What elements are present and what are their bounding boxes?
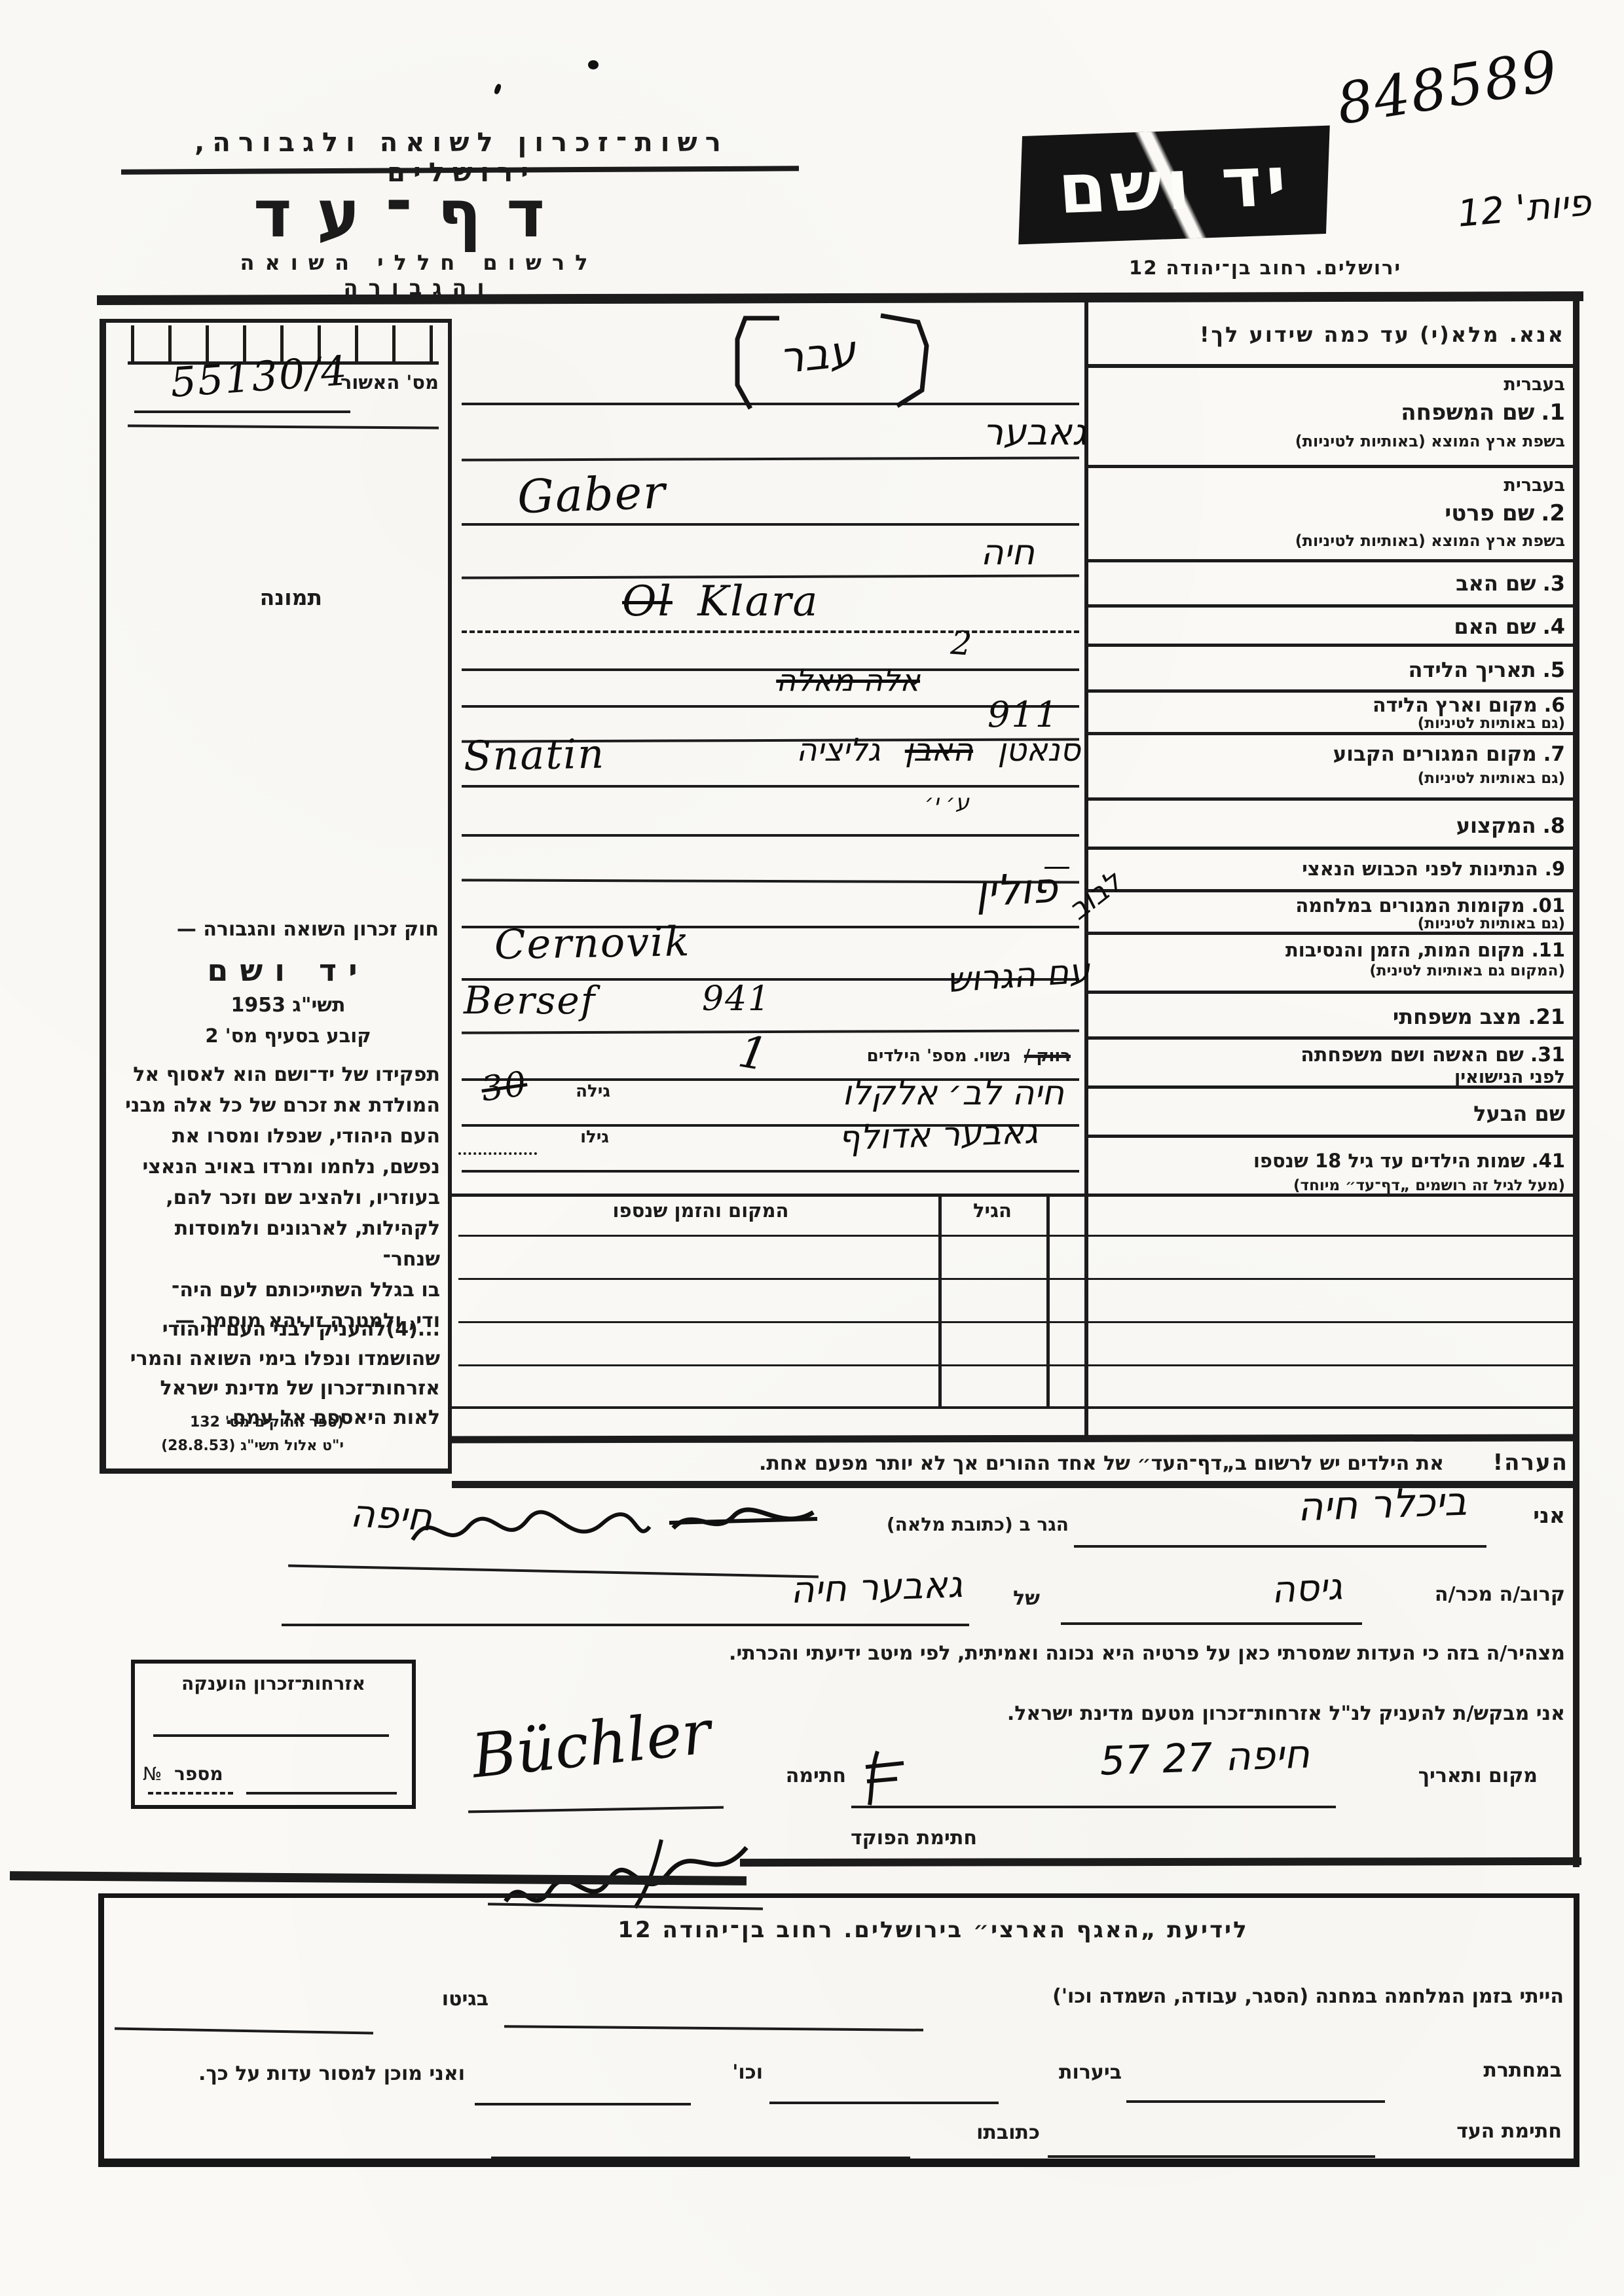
handwritten-place-date: חיפה 27 57: [916, 1732, 1310, 1791]
table-row-line: [458, 1235, 1579, 1237]
field13-label: 13. שם האשה ושם משפחתה: [1107, 1044, 1565, 1066]
table-row-line: [458, 1278, 1579, 1280]
entry-rule: [462, 1170, 1079, 1173]
table-vertical-divider: [1046, 1194, 1050, 1408]
table-col-place-header: המקום והזמן שנספו: [471, 1199, 930, 1222]
illegible-handwriting-mark: [858, 1745, 917, 1810]
field9-label: 9. הנתינות לפני הכבוש הנאצי: [1107, 858, 1565, 880]
entry-rule: [462, 834, 1079, 837]
branch-line1-label: הייתי בזמן המלחמה במחנה (הסגר, עבודה, הש…: [935, 1985, 1564, 2008]
grant-box-line: [153, 1734, 389, 1737]
entry-rule: [462, 456, 1079, 461]
branch-forests-label: ביערות: [1007, 2061, 1122, 2084]
law-reference: (ספר החוקים מס' 132 י"ט אלול תשי"ג (28.8…: [128, 1411, 344, 1458]
wife-age-label: גילה: [545, 1082, 610, 1101]
place-date-underline: [851, 1806, 1336, 1808]
branch-blank: [769, 2102, 999, 2104]
illegible-handwriting: [406, 1501, 655, 1559]
branch-heading: לידיעת „האגף הארצי״ בירושלים. רחוב בן־יה…: [458, 1917, 1408, 1943]
branch-blank: [1126, 2100, 1385, 2103]
fill-instruction: אנא. מלא(י) עד כמה שידוע לך!: [1107, 322, 1565, 347]
signature-label: חתימה: [728, 1764, 846, 1787]
field3-label: 3. שם האב: [1107, 571, 1565, 596]
scan-speck: [494, 83, 502, 95]
entry-rule: [462, 523, 1079, 526]
note-top-rule: [452, 1434, 1579, 1443]
entry-first-name-hebrew: חיה: [917, 532, 1035, 573]
grant-box-line: [246, 1792, 397, 1795]
grant-box-number-row: מספר №: [143, 1763, 411, 1785]
entry-family-name-latin: Gaber: [517, 462, 754, 524]
entry-wife-age-struck: 30: [479, 1061, 549, 1109]
label-rule: [1087, 689, 1579, 693]
branch-blank: [491, 2157, 910, 2159]
form-title: דף־עד: [275, 175, 570, 252]
field1-number: 1.: [1541, 399, 1565, 426]
table-col-age-header: הגיל: [942, 1199, 1043, 1222]
field5-label: 5. תאריך הלידה: [1107, 657, 1565, 682]
handwritten-stamp-bracket: עבר: [733, 313, 930, 411]
law-body: תפקידו של יד־ושם הוא לאסוף אל המולדת את …: [111, 1059, 440, 1336]
table-row-line: [458, 1364, 1579, 1366]
handwritten-address-city: חיפה: [287, 1487, 433, 1539]
field12-label: 12. מצב משפחתי: [1107, 1004, 1565, 1029]
label-rule: [1087, 991, 1579, 994]
field6-sub: (גם באותיות לטיניות): [1107, 715, 1565, 732]
entry-family-name-hebrew: גאבער: [891, 411, 1087, 454]
law-year: תשי"ג 1953: [196, 994, 380, 1017]
field1-sub: בשפת ארץ המוצא (באותיות לטיניות): [1107, 432, 1565, 450]
photo-box-right-border: [448, 319, 452, 1472]
handwritten-relation: גיסה: [1171, 1565, 1343, 1617]
witness-signature-label: חתימת העד: [1385, 2120, 1562, 2143]
grant-box-dashed-line: [148, 1792, 233, 1795]
form-subtitle: לרשום חללי השואה והגבורה: [157, 250, 681, 300]
signature-underline: [468, 1806, 724, 1813]
field7-sub: (גם באותיות לטיניות): [1107, 770, 1565, 787]
entry-citizenship: פולין: [893, 864, 1059, 921]
certificate-number-underline: [134, 410, 350, 413]
note-title: הערה!: [1457, 1449, 1568, 1476]
of-label: של: [981, 1587, 1040, 1610]
photo-box-bottom-border: [100, 1468, 452, 1474]
field7-label: 7. מקום המגורים הקבוע: [1107, 742, 1565, 766]
grant-box-title: אזרחות־זכרון הוענקה: [135, 1673, 412, 1694]
photo-label: תמונה: [244, 585, 322, 610]
memorial-citizenship-grant-box: אזרחות־זכרון הוענקה מספר №: [131, 1660, 416, 1809]
place-date-label: מקום ותאריך: [1348, 1764, 1538, 1787]
branch-ready-label: ואני מוכן למסור עדות על כך.: [108, 2062, 465, 2085]
branch-etc-label: וכו': [697, 2061, 763, 2084]
field13-label-2: לפני הנישואין: [1107, 1067, 1565, 1087]
entry-death-year: 941: [702, 979, 807, 1019]
table-vertical-divider: [938, 1194, 942, 1408]
citizenship-request: אני מבקש/ת להעניק לנ"ל אזרחות־זכרון מטעם…: [694, 1702, 1565, 1725]
label-rule: [1087, 847, 1579, 850]
label-rule: [1087, 889, 1579, 892]
entry-rule: [462, 785, 1079, 788]
label-column-divider: [1084, 301, 1088, 1438]
husband-label: שם הבעל: [1107, 1101, 1565, 1126]
field2-label: 2. שם פרטי: [1107, 500, 1565, 526]
law-logo-text: יד ושם: [183, 953, 393, 988]
entry-death-circumstances: עם הגרוש: [807, 951, 1091, 1010]
law-section: קובע בסעיף מס' 2: [183, 1025, 393, 1047]
handwritten-signature: Büchler: [469, 1693, 750, 1791]
section-separator: [740, 1857, 1581, 1867]
field2-sub: בשפת ארץ המוצא (באותיות לטיניות): [1107, 532, 1565, 550]
label-rule: [1087, 1036, 1579, 1040]
label-rule: [1087, 732, 1579, 735]
label-rule: [1087, 604, 1579, 608]
label-rule: [1087, 1135, 1579, 1138]
relation-underline: [1061, 1622, 1362, 1625]
handwritten-victim-name: גאבער חיה: [661, 1563, 963, 1616]
field11-label: 11. מקום המות, הזמן והנסיבות: [1107, 939, 1565, 961]
entry-husband-name: גאבער אדולף: [684, 1112, 1039, 1164]
entry-birth-place-marks: ע׳ י׳: [760, 790, 969, 816]
label-rule: [1087, 465, 1579, 468]
entry-birth-place-hebrew: סנאטן האבן גליציה: [753, 732, 1080, 769]
branch-blank: [1048, 2155, 1375, 2158]
table-row-line: [458, 1321, 1579, 1323]
declarant-i-label: אני: [1500, 1503, 1565, 1528]
field8-label: 8. המקצוע: [1107, 813, 1565, 838]
field10-label: 10. מקומות המגורים במלחמה: [1107, 894, 1565, 917]
resides-label: הגר ב (כתובת מלאה): [826, 1514, 1069, 1535]
note-text: את הילדים יש לרשום ב„דף־העד״ של אחד ההור…: [471, 1452, 1444, 1475]
of-name-underline: [282, 1624, 969, 1626]
label-rule: [1087, 797, 1579, 801]
label-rule: [1087, 644, 1579, 647]
table-bottom-line: [452, 1406, 1579, 1409]
handwritten-margin-note: פיות' 12: [1367, 181, 1593, 243]
handwritten-file-number: 848589: [1333, 30, 1614, 137]
entry-father-name: 2: [950, 624, 998, 665]
entry-mother-name-struck: אלה מאלה: [730, 663, 920, 698]
office-address: ירושלים. רחוב בן־יהודה 12: [1002, 257, 1401, 279]
photo-box-top-border: [100, 319, 452, 323]
declarant-name-underline: [1074, 1545, 1486, 1548]
entry-first-name-latin: Ol Klara: [622, 577, 923, 626]
entry-wife-name: חיה לב׳ אלקלו: [710, 1074, 1064, 1113]
label-rule: [1087, 559, 1579, 562]
husband-age-label: גילו: [544, 1127, 609, 1147]
field10-sub: (גם באותיות לטיניות): [1107, 915, 1565, 932]
field14-label: 14. שמות הילדים עד גיל 18 שנספו: [1053, 1150, 1565, 1172]
branch-underground-label: במחתרת: [1398, 2059, 1562, 2082]
label-rule: [1087, 364, 1579, 368]
husband-age-dotted-line: [458, 1152, 537, 1155]
branch-blank: [475, 2103, 691, 2105]
left-box-rule: [128, 424, 439, 429]
field4-label: 4. שם האם: [1107, 614, 1565, 639]
label-rule: [1087, 1085, 1579, 1089]
field1-language: בעברית: [1107, 374, 1565, 395]
field6-label: 6. מקום וארץ הלידה: [1107, 694, 1565, 717]
handwritten-stamp-text: עבר: [777, 325, 858, 384]
photo-box-left-border: [100, 319, 106, 1472]
testimony-page-scan: רשות־זכרון לשואה ולגבורה, ירושלים דף־עד …: [0, 0, 1624, 2296]
entry-birth-place-latin: Snatin: [463, 728, 712, 780]
label-rule: [1087, 932, 1579, 935]
scan-speck: [588, 60, 599, 69]
right-border: [1573, 293, 1579, 1867]
witness-address-label: כתובתו: [922, 2121, 1040, 2144]
field11-sub: (המקום גם באותיות לטינית): [1107, 962, 1565, 979]
marital-status-options: רווק / נשוי. מספ' הילדים: [763, 1046, 1071, 1066]
yad-vashem-logo-text: יד ושם: [1056, 141, 1293, 228]
table-top-border: [452, 1194, 1579, 1197]
law-title: חוק זכרון השואה והגבורה —: [124, 918, 439, 941]
entry-rule: [462, 705, 1079, 708]
relative-label: קרוב/ה מכר/ה: [1369, 1583, 1565, 1606]
field1-label: 1. שם המשפחה: [1107, 399, 1565, 426]
field2-language: בעברית: [1107, 475, 1565, 496]
declaration-statement: מצהיר/ה בזה כי העדות שמסרתי כאן על פרטיה…: [282, 1642, 1565, 1665]
field14-sub: (מעל לגיל זה רושמים „דף־עד״ מיוחד): [1107, 1177, 1565, 1194]
entry-war-residence-latin: Cernovik: [494, 915, 822, 969]
yad-vashem-logo: יד ושם: [1018, 126, 1329, 245]
illegible-handwriting-struck: [668, 1494, 819, 1546]
official-signature-label: חתימת הפוקד: [754, 1827, 977, 1850]
branch-ghetto-label: בגיטו: [390, 1988, 489, 2011]
entry-birth-date: 911: [987, 694, 1092, 735]
entry-death-place-latin: Bersef: [464, 978, 660, 1023]
